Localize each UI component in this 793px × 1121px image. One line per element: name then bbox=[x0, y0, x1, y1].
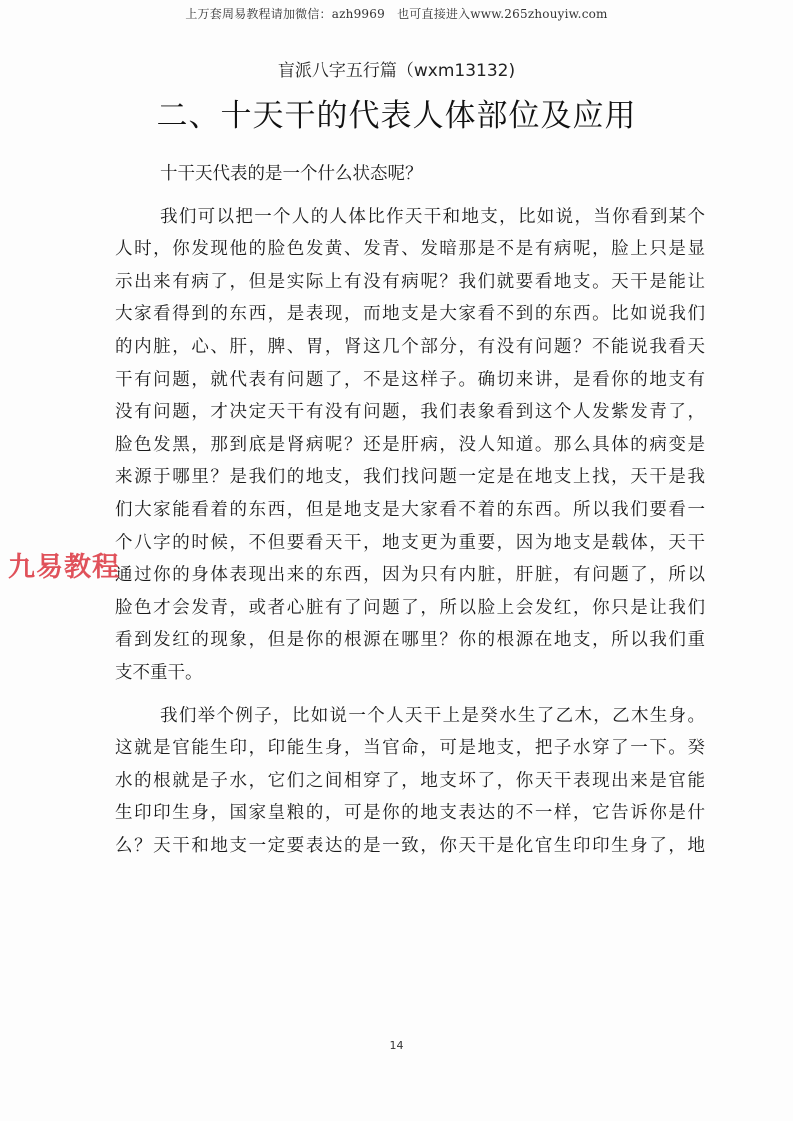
page-number: 14 bbox=[0, 1039, 793, 1052]
paragraph-line: 来源于哪里？是我们的地支，我们找问题一定是在地支上找，天干是我 bbox=[115, 461, 705, 494]
paragraph-line: 人时，你发现他的脸色发黄、发青、发暗那是不是有病呢，脸上只是显 bbox=[115, 233, 705, 266]
paragraph-line: 个八字的时候，不但要看天干，地支更为重要，因为地支是载体，天干 bbox=[115, 527, 705, 560]
paragraph-line: 我们举个例子，比如说一个人天干上是癸水生了乙木，乙木生身。 bbox=[115, 700, 705, 733]
paragraph-line: 脸色发黑，那到底是肾病呢？还是肝病，没人知道。那么具体的病变是 bbox=[115, 429, 705, 462]
paragraph-line: 水的根就是子水，它们之间相穿了，地支坏了，你天干表现出来是官能 bbox=[115, 765, 705, 798]
paragraph-line: 十干天代表的是一个什么状态呢？ bbox=[115, 158, 705, 191]
paragraph-line: 示出来有病了，但是实际上有没有病呢？我们就要看地支。天干是能让 bbox=[115, 266, 705, 299]
watermark-logo: 九易教程 bbox=[8, 545, 120, 584]
document-subtitle: 盲派八字五行篇（wxm13132) bbox=[0, 56, 793, 81]
promo-banner: 上万套周易教程请加微信：azh9969 也可直接进入www.265zhouyiw… bbox=[0, 5, 793, 22]
paragraph-line: 看到发红的现象，但是你的根源在哪里？你的根源在地支，所以我们重 bbox=[115, 624, 705, 657]
paragraph-line: 生印印生身，国家皇粮的，可是你的地支表达的不一样，它告诉你是什 bbox=[115, 797, 705, 830]
paragraph-line: 大家看得到的东西，是表现，而地支是大家看不到的东西。比如说我们 bbox=[115, 298, 705, 331]
paragraph-line: 的内脏，心、肝，脾、胃，肾这几个部分，有没有问题？不能说我看天 bbox=[115, 331, 705, 364]
paragraph-line: 我们可以把一个人的人体比作天干和地支，比如说，当你看到某个 bbox=[115, 201, 705, 234]
paragraph-line: 支不重干。 bbox=[115, 657, 705, 690]
paragraph-line: 没有问题，才决定天干有没有问题，我们表象看到这个人发紫发青了， bbox=[115, 396, 705, 429]
paragraph-line: 脸色才会发青，或者心脏有了问题了，所以脸上会发红，你只是让我们 bbox=[115, 592, 705, 625]
paragraph-line: 通过你的身体表现出来的东西，因为只有内脏，肝脏，有问题了，所以 bbox=[115, 559, 705, 592]
paragraph-line: 么？天干和地支一定要表达的是一致，你天干是化官生印印生身了，地 bbox=[115, 830, 705, 863]
paragraph-line: 们大家能看着的东西，但是地支是大家看不着的东西。所以我们要看一 bbox=[115, 494, 705, 527]
paragraph-line: 这就是官能生印，印能生身，当官命，可是地支，把子水穿了一下。癸 bbox=[115, 732, 705, 765]
body-text: 十干天代表的是一个什么状态呢？ 我们可以把一个人的人体比作天干和地支，比如说，当… bbox=[115, 158, 705, 862]
paragraph-line: 干有问题，就代表有问题了，不是这样子。确切来讲，是看你的地支有 bbox=[115, 364, 705, 397]
page-title: 二、十天干的代表人体部位及应用 bbox=[0, 90, 793, 135]
